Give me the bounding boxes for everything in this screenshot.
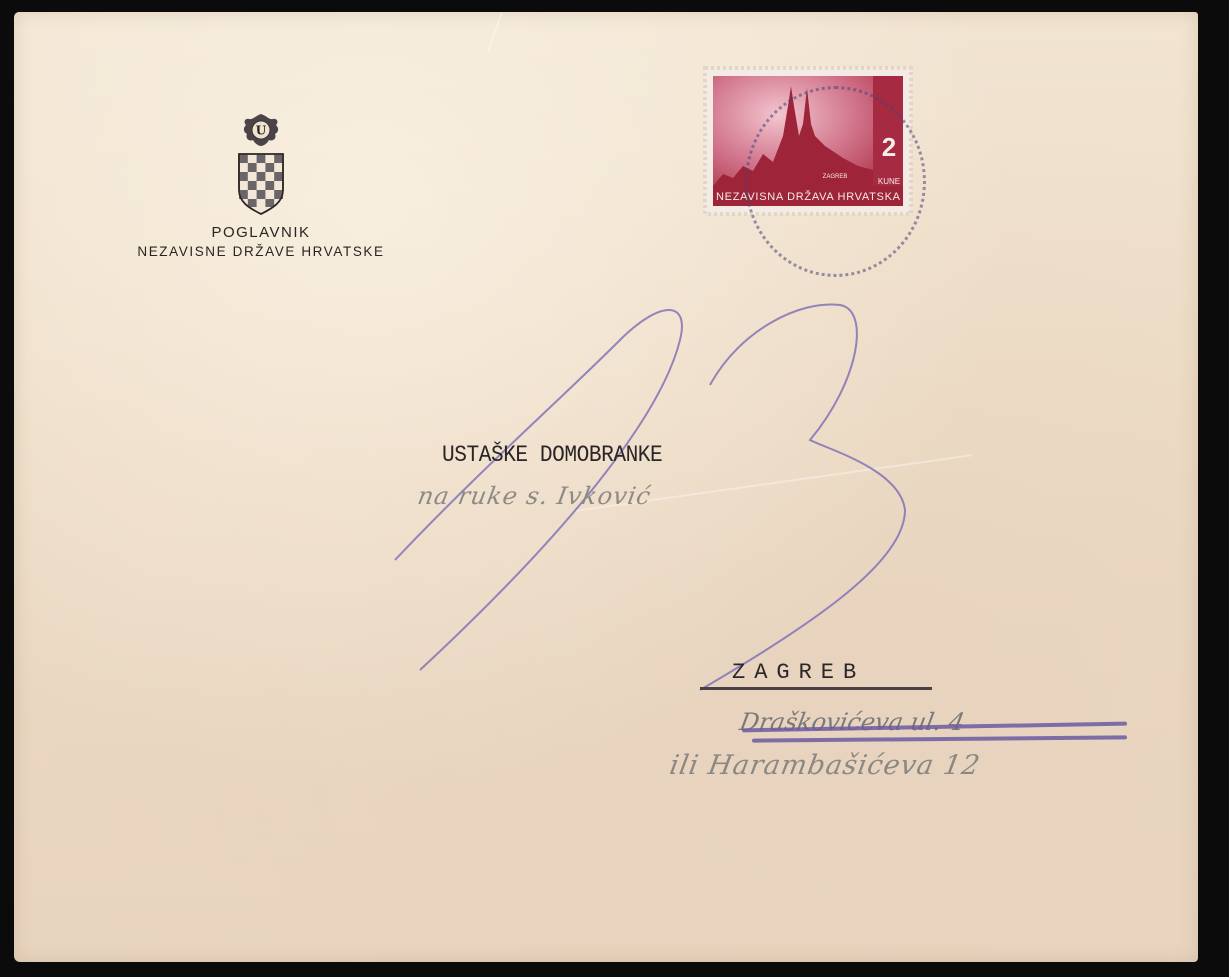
attention-line: na ruke s. Ivković bbox=[416, 482, 654, 510]
city: ZAGREB bbox=[732, 660, 865, 685]
postmark-cancellation bbox=[745, 86, 926, 277]
svg-text:U: U bbox=[256, 124, 267, 138]
city-underline bbox=[700, 687, 932, 690]
letterhead-title: POGLAVNIK bbox=[96, 224, 426, 241]
letterhead-subtitle: NEZAVISNE DRŽAVE HRVATSKE bbox=[96, 244, 426, 259]
recipient-name: USTAŠKE DOMOBRANKE bbox=[442, 442, 662, 468]
letterhead: U POGLAVNIK NEZAVISNE DRŽAVE HRVATSKE bbox=[96, 112, 426, 259]
paper-crease bbox=[487, 13, 503, 51]
street-handwritten: ili Harambašićeva 12 bbox=[667, 750, 982, 781]
coat-of-arms-icon: U bbox=[231, 112, 291, 216]
